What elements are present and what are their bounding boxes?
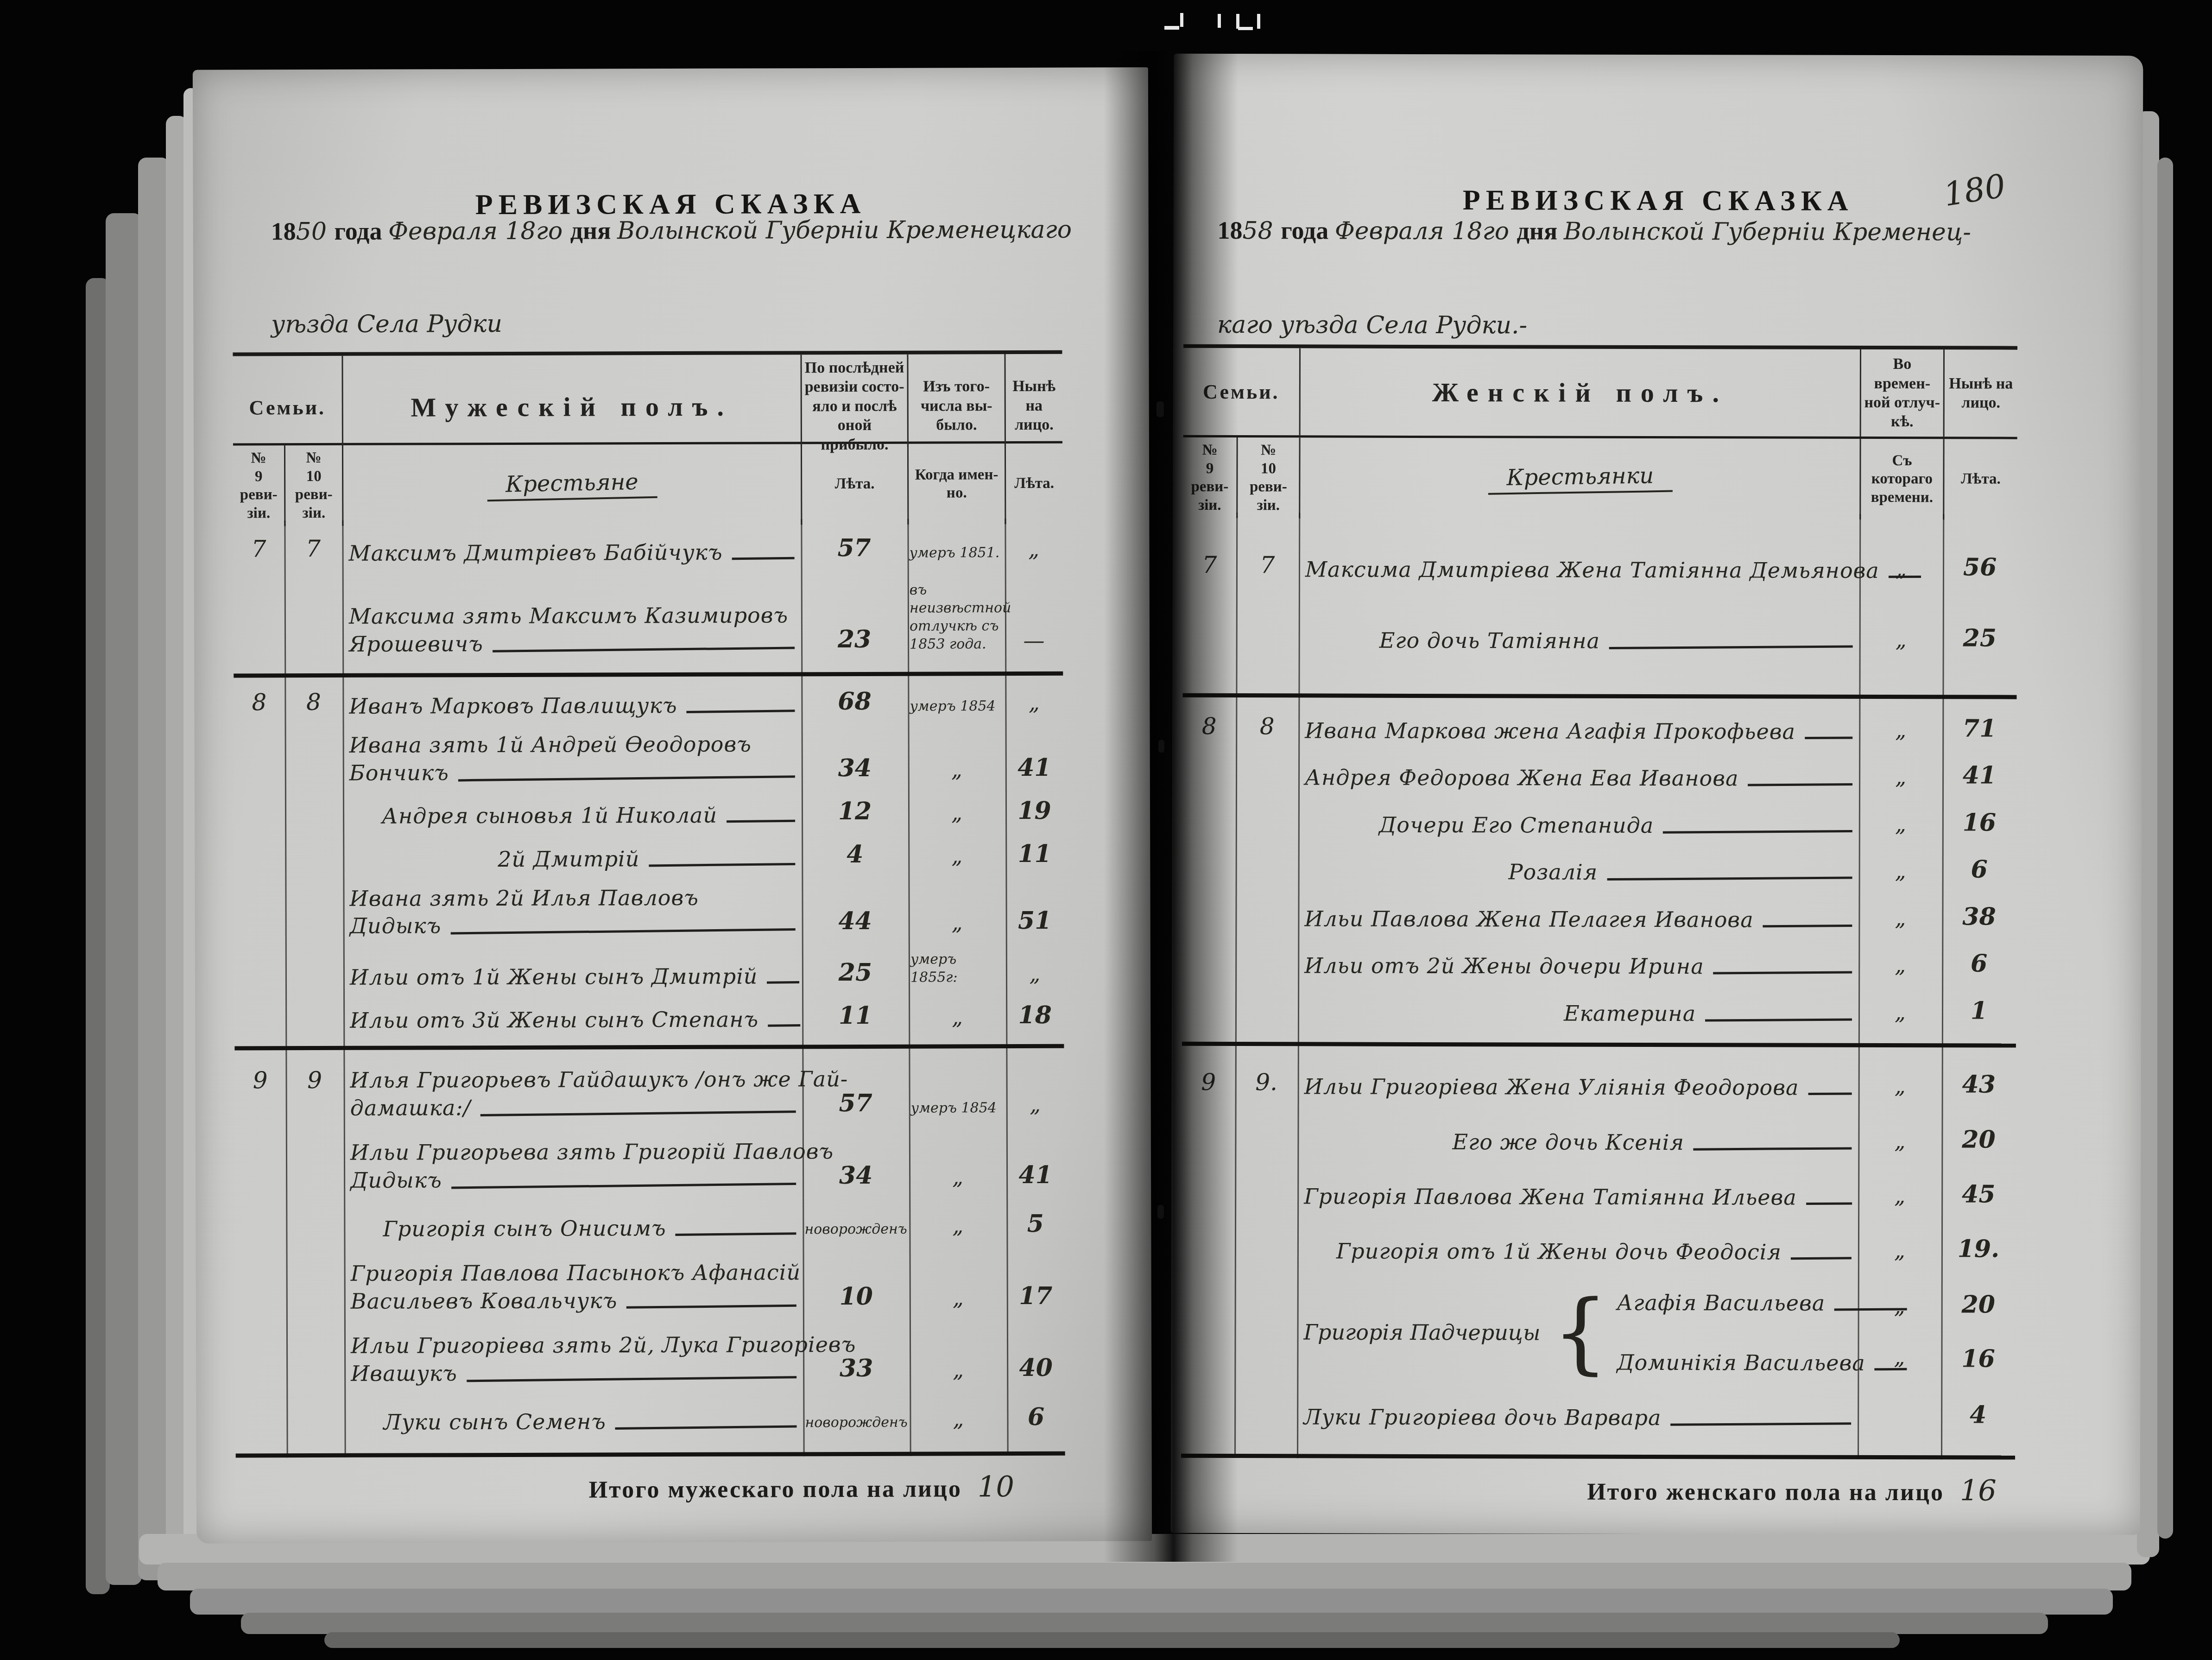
- since-when-cell: „: [1858, 952, 1942, 981]
- person-name-text: Ильи Григоріева зять 2й, Лука Григоріевъ: [351, 1331, 856, 1360]
- person-name: Васильевъ Ковальчукъ: [351, 1286, 803, 1315]
- name-cell: Ивана зять 2й Илья ПавловъДидыкъ: [343, 884, 802, 940]
- age-prev-revision-cell: 25: [802, 958, 909, 990]
- table-row: Ильи отъ 1й Жены сынъ Дмитрій25умеръ 185…: [234, 950, 1064, 992]
- person-name: Дочери Его Степанида: [1305, 811, 1859, 840]
- family-no-10-cell: [286, 1260, 344, 1265]
- age-value: 20: [1961, 1291, 1995, 1319]
- page-stack-edge: [324, 1632, 1900, 1648]
- name-cell: Григорія Падчерицы{Агафія ВасильеваДомин…: [1297, 1288, 1858, 1378]
- name-cell: Григорія сынъ Онисимъ: [344, 1214, 803, 1243]
- age-now-cell: 6: [1942, 949, 2016, 981]
- table-row: Екатерина„1: [1182, 995, 2016, 1028]
- total-value: 16: [1960, 1473, 1997, 1507]
- ditto-mark: „: [1894, 1293, 1905, 1318]
- family-no-9-cell: 8: [234, 689, 284, 716]
- person-name-text: Максимъ Дмитріевъ Бабійчукъ: [348, 539, 722, 567]
- age-prev-revision-cell: 33: [803, 1354, 910, 1387]
- name-cell: Розалія: [1298, 858, 1859, 887]
- family-block: 88Иванъ Марковъ Павлищукъ68умеръ 1854„Ив…: [234, 676, 1064, 1051]
- col-years-now: Лѣта.: [1005, 444, 1062, 525]
- name-cell: Дочери Его Степанида: [1298, 811, 1859, 840]
- person-name: Ильи Григорьева зять Григорій Павловъ: [350, 1138, 803, 1166]
- date-segment: Волынской Губерніи Кременец-: [1564, 218, 1971, 247]
- age-value: 16: [1961, 1345, 1995, 1373]
- table-row: Розалія„6: [1182, 854, 2016, 887]
- family-no-9-cell: [234, 1003, 285, 1007]
- family-no-10-cell: [1236, 807, 1298, 811]
- name-cell: Григорія Павлова Пасынокъ АфанасійВасиль…: [344, 1259, 803, 1315]
- person-name-text: Екатерина: [1564, 1000, 1696, 1027]
- person-name-text: Ильи отъ 1й Жены сынъ Дмитрій: [350, 963, 758, 991]
- departed-when-cell: „: [908, 843, 1005, 873]
- since-when-cell: „: [1858, 999, 1942, 1028]
- family-no-10-cell: [285, 842, 343, 846]
- table-row: Григорія Павлова Пасынокъ АфанасійВасиль…: [235, 1258, 1065, 1316]
- person-name-text: Ивана Маркова жена Агафія Прокофьева: [1305, 717, 1795, 746]
- person-name-text: Васильевъ Ковальчукъ: [351, 1287, 618, 1315]
- date-segment: Волынской Губерніи Кременецкаго: [617, 216, 1072, 245]
- table-row: 88Ивана Маркова жена Агафія Прокофьева„7…: [1182, 712, 2016, 746]
- hand-rule: [1713, 971, 1852, 975]
- page-stack-edge: [2157, 158, 2173, 1539]
- departed-when-cell: умеръ 1854: [909, 1099, 1006, 1121]
- col-rev10: № 10 реви- зіи.: [1236, 437, 1299, 519]
- name-cell: Ивана зять 1й Андрей ѲеодоровъБончикъ: [343, 731, 802, 787]
- family-no-10-cell: [286, 1405, 344, 1409]
- age-now-cell: 25: [1943, 624, 2017, 656]
- hand-rule: [1834, 1308, 1907, 1311]
- since-when-cell: „: [1859, 717, 1942, 746]
- since-when-cell: „: [1858, 1183, 1941, 1212]
- scanner-counter-mark: [1218, 14, 1221, 28]
- table-row: Ильи Григорьева зять Григорій ПавловъДид…: [235, 1137, 1064, 1195]
- right-table-header: Семьи. Женскій полъ. Во времен- ной отлу…: [1183, 344, 2017, 514]
- age-now-cell: 16: [1942, 808, 2016, 840]
- departed-when-cell: „: [910, 1285, 1007, 1314]
- person-name: Ильи Григоріева Жена Уліянія Феодорова: [1304, 1073, 1858, 1102]
- age-now-cell: „: [1005, 537, 1062, 565]
- scanner-counter-mark: [1257, 14, 1260, 29]
- col-rev10: № 10 реви- зіи.: [284, 445, 342, 526]
- page-stack-edge: [190, 1589, 2113, 1615]
- hand-rule: [687, 710, 795, 714]
- person-name: Андрея Федорова Жена Ева Иванова: [1305, 764, 1859, 793]
- departed-when-cell: „: [910, 1357, 1007, 1387]
- table-row: Его же дочь Ксенія„20: [1182, 1123, 2016, 1157]
- person-name: Григорія Павлова Жена Татіянна Ильева: [1304, 1183, 1858, 1211]
- name-cell: Ильи отъ 1й Жены сынъ Дмитрій: [343, 963, 802, 991]
- total-label: Итого женскаго пола на лицо: [1587, 1478, 1944, 1507]
- hand-rule: [493, 646, 795, 652]
- age-prev-revision-cell: 4: [802, 840, 908, 873]
- family-block: 77Максимъ Дмитріевъ Бабійчукъ57умеръ 185…: [233, 519, 1063, 678]
- age-prev-revision-cell: 68: [801, 687, 908, 720]
- person-name-text: Ивана зять 1й Андрей Ѳеодоровъ: [349, 731, 752, 760]
- hand-rule: [649, 863, 795, 867]
- person-name: Ивашукъ: [351, 1359, 803, 1388]
- person-name-text: 2й Дмитрій: [498, 845, 639, 874]
- date-segment: дня: [1517, 217, 1563, 245]
- family-no-10-cell: [285, 1003, 343, 1007]
- page-stack-edge: [158, 1563, 2131, 1590]
- person-name: Ильи отъ 1й Жены сынъ Дмитрій: [350, 963, 802, 991]
- hand-rule: [1763, 925, 1852, 927]
- person-name-text: Дочери Его Степанида: [1379, 811, 1654, 839]
- family-no-10-cell: [286, 1211, 344, 1216]
- person-name: Дидыкъ: [350, 1166, 803, 1194]
- family-no-9-cell: [234, 842, 285, 847]
- hand-rule: [1806, 1202, 1852, 1205]
- person-name-text: Дидыкъ: [350, 1166, 442, 1194]
- person-name-text: Луки сынъ Семенъ: [383, 1408, 606, 1436]
- person-name-text: Доминікія Васильева: [1617, 1349, 1865, 1377]
- col-family: Семьи.: [233, 356, 342, 460]
- age-prev-revision-cell: новорожденъ: [803, 1413, 910, 1435]
- person-name: Его же дочь Ксенія: [1304, 1128, 1858, 1157]
- name-cell: Максимъ Дмитріевъ Бабійчукъ: [342, 539, 801, 567]
- person-name: Дидыкъ: [350, 912, 802, 940]
- age-now-cell: 19: [1005, 797, 1063, 829]
- age-now-cell: 40: [1007, 1354, 1065, 1386]
- hand-rule: [1607, 877, 1852, 881]
- table-row: Ивана зять 2й Илья ПавловъДидыкъ44„51: [234, 883, 1063, 940]
- scanner-counter-mark: [1238, 27, 1253, 30]
- scanner-counter-mark: [1164, 26, 1179, 30]
- table-row: Григорія сынъ Онисимъноворожденъ„5: [235, 1210, 1064, 1244]
- name-cell: Ильи Григоріева зять 2й, Лука Григоріевъ…: [344, 1331, 803, 1388]
- person-name: Максимъ Дмитріевъ Бабійчукъ: [348, 539, 801, 567]
- name-cell: Луки сынъ Семенъ: [344, 1407, 803, 1436]
- age-now-cell: 6: [1007, 1402, 1065, 1434]
- person-name-text: Максима Дмитріева Жена Татіянна Демьянов…: [1305, 556, 1879, 585]
- person-name-text: Его же дочь Ксенія: [1452, 1128, 1684, 1157]
- departed-when-cell: „: [909, 1164, 1006, 1193]
- date-segment: года: [1281, 216, 1335, 244]
- table-row: Андрея сыновья 1й Николай12„19: [234, 797, 1063, 831]
- col-male-gender: Мужескій полъ.: [341, 355, 801, 459]
- name-cell: Максима зять Максимъ КазимировъЯрошевичъ: [342, 602, 801, 658]
- departed-when-cell: умеръ 1854: [908, 697, 1005, 719]
- scanner-counter-mark: [1180, 13, 1183, 27]
- right-date-line: 1858 года Февраля 18го дня Волынской Губ…: [1217, 216, 1971, 246]
- name-cell: Ильи Павлова Жена Пелагея Иванова: [1298, 905, 1858, 934]
- person-name-text: дамашка:/: [350, 1094, 471, 1122]
- family-no-10-cell: [1235, 948, 1298, 952]
- age-now-cell: 18: [1006, 1001, 1064, 1033]
- col-since-when: Съ котораго времени.: [1859, 439, 1943, 520]
- right-table: Семьи. Женскій полъ. Во времен- ной отлу…: [1181, 344, 2017, 1508]
- age-prev-revision-cell: новорожденъ: [803, 1220, 909, 1242]
- person-name-text: Ивашукъ: [351, 1360, 457, 1388]
- name-cell: Его дочь Татіянна: [1299, 627, 1859, 656]
- family-no-9-cell: [235, 1211, 286, 1216]
- person-name: Ильи Павлова Жена Пелагея Иванова: [1304, 905, 1858, 934]
- family-no-10-cell: [1235, 1124, 1297, 1128]
- name-cell: Екатерина: [1298, 999, 1858, 1028]
- since-when-cell: „: [1858, 1073, 1942, 1102]
- age-now-cell: „: [1006, 1092, 1064, 1121]
- table-row: Андрея Федорова Жена Ева Иванова„41: [1182, 760, 2016, 793]
- table-row: Григорія отъ 1й Жены дочь Феодосія„19.: [1182, 1233, 2016, 1267]
- table-row: Луки сынъ Семенъноворожденъ„6: [235, 1402, 1065, 1437]
- hand-rule: [1748, 783, 1852, 786]
- hand-rule: [1791, 1257, 1852, 1260]
- person-name-text: Григорія Павлова Жена Татіянна Ильева: [1304, 1183, 1797, 1211]
- hand-rule: [615, 1425, 797, 1429]
- person-name-text: Агафія Васильева: [1617, 1289, 1825, 1317]
- departed-when-cell: „: [909, 1213, 1006, 1242]
- group-label: Григорія Падчерицы: [1304, 1320, 1541, 1345]
- age-now-cell: 1: [1942, 996, 2016, 1028]
- binding-thread-mark: [1157, 1205, 1164, 1219]
- family-no-9-cell: [234, 885, 285, 890]
- name-cell: Ильи Григоріева Жена Уліянія Феодорова: [1298, 1073, 1858, 1102]
- col-years-prev: Лѣта.: [801, 444, 907, 525]
- value-stack: „„: [1858, 1293, 1941, 1369]
- since-when-cell: [1858, 1424, 1941, 1432]
- col-rev9: № 9 реви- зіи.: [233, 445, 284, 526]
- family-no-10-cell: [285, 732, 343, 736]
- person-name-text: Григорія сынъ Онисимъ: [383, 1215, 666, 1243]
- person-name: Ярошевичъ: [349, 629, 801, 658]
- age-prev-revision-cell: 34: [803, 1161, 909, 1193]
- table-row: 2й Дмитрій4„11: [234, 840, 1063, 874]
- family-no-9-cell: [234, 798, 285, 803]
- hand-rule: [768, 1024, 800, 1027]
- age-now-cell: 45: [1941, 1180, 2016, 1212]
- person-name-text: Его дочь Татіянна: [1379, 627, 1600, 655]
- table-row: Максима зять Максимъ КазимировъЯрошевичъ…: [234, 580, 1063, 659]
- table-row: Ильи отъ 2й Жены дочери Ирина„6: [1182, 948, 2016, 982]
- person-name: 2й Дмитрій: [349, 845, 802, 874]
- age-now-cell: 41: [1005, 754, 1063, 786]
- table-row: Григорія Падчерицы{Агафія ВасильеваДомин…: [1181, 1288, 2015, 1378]
- col-years-now: Лѣта.: [1943, 439, 2017, 520]
- hand-rule: [1875, 1368, 1907, 1370]
- name-cell: Андрея Федорова Жена Ева Иванова: [1298, 764, 1859, 793]
- date-segment: года: [334, 217, 388, 245]
- family-no-10-cell: [1235, 1178, 1297, 1183]
- name-cell: Ивана Маркова жена Агафія Прокофьева: [1298, 717, 1859, 746]
- person-name: Григорія отъ 1й Жены дочь Феодосія: [1304, 1238, 1858, 1267]
- person-name-text: Ильи Григоріева Жена Уліянія Феодорова: [1304, 1073, 1799, 1102]
- col-female-gender: Женскій полъ.: [1299, 348, 1860, 437]
- departed-when-cell: умеръ 1851.: [908, 544, 1005, 566]
- age-now-cell: 51: [1006, 906, 1064, 938]
- binding-thread-mark: [1158, 740, 1164, 753]
- hand-rule: [1609, 646, 1853, 649]
- family-no-10-cell: [1236, 760, 1298, 764]
- left-table-body: 77Максимъ Дмитріевъ Бабійчукъ57умеръ 185…: [233, 519, 1065, 1458]
- departed-when-cell: умеръ 1855г:: [909, 950, 1006, 990]
- family-no-9-cell: [234, 732, 285, 737]
- family-no-9-cell: [235, 1260, 286, 1265]
- right-total-row: Итого женскаго пола на лицо 16: [1181, 1458, 2015, 1508]
- family-no-10-cell: [286, 1139, 344, 1144]
- table-row: Дочери Его Степанида„16: [1182, 806, 2016, 840]
- person-name-text: Максима зять Максимъ Казимировъ: [349, 602, 788, 630]
- person-name: Ильи Григоріева зять 2й, Лука Григоріевъ: [351, 1331, 803, 1360]
- person-name-text: Ильи Павлова Жена Пелагея Иванова: [1304, 905, 1753, 934]
- name-cell: Андрея сыновья 1й Николай: [343, 802, 802, 830]
- family-block: 88Ивана Маркова жена Агафія Прокофьева„7…: [1182, 697, 2017, 1048]
- col-departed: Изъ того- числа вы- было.: [907, 354, 1005, 458]
- table-row: Его дочь Татіянна„25: [1183, 622, 2017, 656]
- col-when-exactly: Когда имен- но.: [907, 444, 1005, 525]
- family-block: 99Илья Григорьевъ Гайдашукъ /онъ же Гай-…: [234, 1048, 1065, 1458]
- person-name: Розалія: [1305, 858, 1859, 887]
- age-prev-revision-cell: 11: [802, 1001, 909, 1033]
- hand-rule: [1694, 1147, 1852, 1150]
- table-row: Ильи Павлова Жена Пелагея Иванова„38: [1182, 900, 2016, 934]
- hand-rule: [1670, 1422, 1851, 1426]
- hand-rule: [480, 1110, 796, 1116]
- name-cell: Луки Григоріева дочь Варвара: [1297, 1403, 1858, 1432]
- name-cell: Иванъ Марковъ Павлищукъ: [342, 692, 801, 721]
- table-row: 77Максимъ Дмитріевъ Бабійчукъ57умеръ 185…: [233, 533, 1062, 568]
- person-name-text: Ивана зять 2й Илья Павловъ: [349, 884, 698, 913]
- table-row: 77Максима Дмитріева Жена Татіянна Демьян…: [1183, 551, 2017, 585]
- person-name: дамашка:/: [350, 1093, 803, 1122]
- person-name-text: Розалія: [1509, 859, 1598, 887]
- brace-icon: {: [1552, 1289, 1608, 1377]
- value-stack: 2016: [1941, 1291, 2015, 1373]
- hand-rule: [467, 1376, 796, 1382]
- hand-rule: [732, 557, 795, 560]
- person-name: Ильи отъ 3й Жены сынъ Степанъ: [350, 1006, 802, 1034]
- date-segment: дня: [570, 216, 617, 244]
- col-now-present: Нынѣ на лицо.: [1943, 349, 2017, 437]
- date-segment: 58: [1242, 217, 1281, 245]
- person-name: Ильи отъ 2й Жены дочери Ирина: [1304, 952, 1858, 981]
- total-label: Итого мужескаго пола на лицо: [589, 1475, 962, 1503]
- family-no-10-cell: [1235, 1288, 1297, 1293]
- family-no-10-cell: 7: [284, 535, 342, 562]
- age-now-cell: 2016: [1941, 1291, 2015, 1377]
- since-when-cell: „: [1858, 1128, 1941, 1157]
- person-name-text: Ильи отъ 2й Жены дочери Ирина: [1304, 952, 1704, 981]
- person-name: Иванъ Марковъ Павлищукъ: [349, 692, 801, 721]
- since-when-cell: „: [1859, 764, 1942, 793]
- since-when-cell: „: [1858, 1238, 1941, 1267]
- person-name-text: Ильи отъ 3й Жены сынъ Степанъ: [350, 1006, 758, 1034]
- table-row: Ильи Григоріева зять 2й, Лука Григоріевъ…: [235, 1331, 1065, 1388]
- person-name: Григорія сынъ Онисимъ: [350, 1214, 803, 1243]
- left-table-header: Семьи. Мужескій полъ. По послѣдней ревиз…: [233, 350, 1062, 521]
- person-name-text: Ильи Григорьева зять Григорій Павловъ: [350, 1138, 834, 1167]
- person-name: Ивана Маркова жена Агафія Прокофьева: [1305, 717, 1859, 746]
- table-row: Григорія Павлова Жена Татіянна Ильева„45: [1182, 1178, 2016, 1212]
- age-now-cell: „: [1006, 961, 1064, 989]
- age-prev-revision-cell: 12: [802, 797, 908, 830]
- departed-when-cell: „: [909, 1004, 1006, 1033]
- family-no-10-cell: [1235, 995, 1298, 1000]
- age-now-cell: 71: [1942, 714, 2016, 746]
- family-no-9-cell: [235, 1405, 286, 1409]
- departed-when-cell: „: [910, 1406, 1007, 1435]
- age-now-cell: 6: [1942, 855, 2016, 887]
- family-no-9-cell: [235, 1139, 286, 1144]
- hand-rule: [727, 820, 795, 823]
- person-name: Ивана зять 1й Андрей Ѳеодоровъ: [349, 731, 802, 760]
- left-table: Семьи. Мужескій полъ. По послѣдней ревиз…: [233, 350, 1065, 1506]
- age-now-cell: 56: [1943, 553, 2017, 585]
- person-name-text: Андрея Федорова Жена Ева Иванова: [1305, 764, 1739, 793]
- family-no-10-cell: [1234, 1399, 1297, 1404]
- family-no-10-cell: 8: [1236, 713, 1298, 740]
- age-prev-revision-cell: 23: [801, 625, 908, 657]
- hand-rule: [767, 981, 799, 984]
- age-prev-revision-cell: 34: [802, 754, 908, 786]
- page-stack-edge: [138, 158, 170, 1580]
- right-place-line: каго уѣзда Села Рудки.-: [1217, 311, 1527, 339]
- hand-rule: [626, 1305, 796, 1309]
- departed-when-cell: „: [909, 910, 1006, 939]
- hand-rule: [458, 775, 795, 781]
- departed-when-cell: „: [908, 757, 1005, 786]
- person-name-text: Григорія отъ 1й Жены дочь Феодосія: [1336, 1238, 1782, 1267]
- family-no-9-cell: [234, 952, 285, 957]
- person-name: Андрея сыновья 1й Николай: [349, 802, 802, 830]
- person-name: Луки Григоріева дочь Варвара: [1303, 1403, 1858, 1432]
- person-name: Его дочь Татіянна: [1305, 627, 1859, 656]
- person-name-text: Андрея сыновья 1й Николай: [382, 802, 717, 830]
- table-row: Ильи отъ 3й Жены сынъ Степанъ11„18: [234, 1001, 1064, 1035]
- since-when-cell: „: [1858, 905, 1942, 934]
- person-name-text: Ярошевичъ: [349, 630, 483, 659]
- since-when-cell: „: [1859, 556, 1943, 585]
- book-gutter-shadow: [1104, 51, 1238, 1562]
- person-name: Бончикъ: [349, 759, 802, 787]
- family-no-10-cell: [1235, 901, 1298, 906]
- name-cell: Григорія отъ 1й Жены дочь Феодосія: [1297, 1238, 1858, 1267]
- age-prev-revision-cell: 57: [801, 534, 907, 566]
- col-peasants: Крестьяне: [342, 444, 801, 526]
- left-total-row: Итого мужескаго пола на лицо 10: [236, 1456, 1065, 1506]
- hand-rule: [1663, 830, 1852, 834]
- date-segment: Февраля 18го: [388, 217, 570, 246]
- since-when-cell: „: [1859, 811, 1942, 840]
- table-row: Луки Григоріева дочь Варвара4: [1181, 1399, 2015, 1433]
- person-name-text: Иванъ Марковъ Павлищукъ: [349, 692, 677, 721]
- family-no-10-cell: 7: [1236, 551, 1299, 578]
- person-name: Екатерина: [1304, 999, 1858, 1028]
- family-no-9-cell: 9: [234, 1067, 285, 1094]
- table-row: 99Илья Григорьевъ Гайдашукъ /онъ же Гай-…: [234, 1065, 1064, 1122]
- person-name: Григорія Павлова Пасынокъ Афанасій: [351, 1259, 803, 1287]
- person-name-text: Григорія Павлова Пасынокъ Афанасій: [351, 1259, 801, 1287]
- name-cell: 2й Дмитрій: [343, 845, 802, 874]
- person-name-text: Луки Григоріева дочь Варвара: [1303, 1403, 1661, 1432]
- name-cell: Ильи отъ 2й Жены дочери Ирина: [1298, 952, 1858, 981]
- family-no-10-cell: 9: [285, 1067, 343, 1094]
- age-now-cell: 41: [1942, 761, 2016, 793]
- age-now-cell: 4: [1941, 1400, 2015, 1432]
- stepdaughters-group: Григорія Падчерицы{Агафія ВасильеваДомин…: [1303, 1288, 1858, 1378]
- family-no-9-cell: [234, 583, 284, 587]
- person-name: Ивана зять 2й Илья Павловъ: [349, 884, 802, 912]
- age-now-cell: 5: [1006, 1210, 1064, 1242]
- date-segment: 50: [296, 218, 335, 246]
- total-value: 10: [978, 1470, 1014, 1503]
- age-now-cell: „: [1005, 690, 1063, 719]
- family-no-9-cell: [235, 1332, 286, 1337]
- age-now-cell: 41: [1006, 1160, 1064, 1192]
- departed-when-cell: „: [908, 800, 1005, 829]
- hand-rule: [1705, 1018, 1852, 1021]
- person-name-text: Илья Григорьевъ Гайдашукъ /онъ же Гай-: [350, 1065, 848, 1095]
